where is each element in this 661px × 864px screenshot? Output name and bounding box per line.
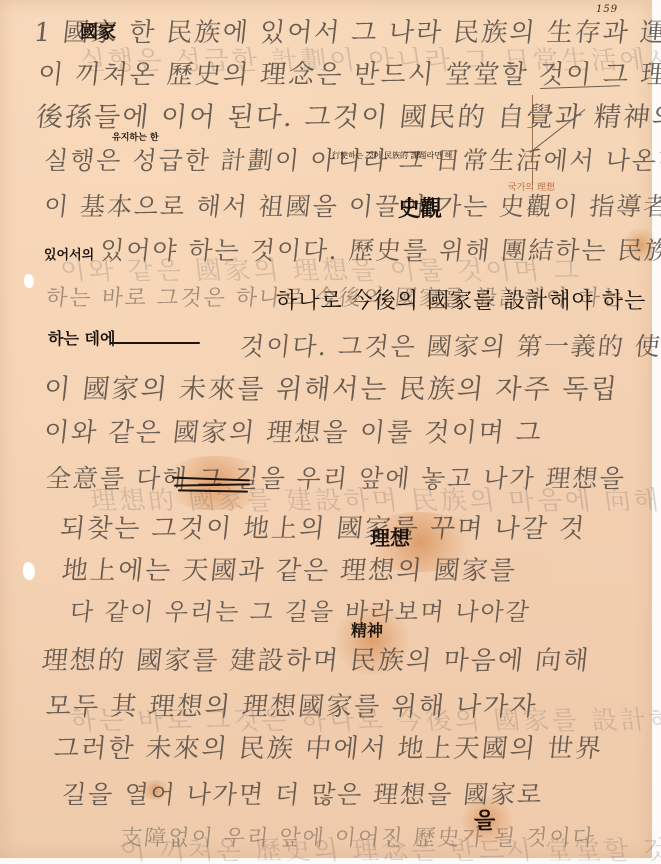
manuscript-line: 모두 其 理想의 理想國家를 위해 나가자: [0, 686, 652, 726]
ink-margin-note: 있어서의: [44, 244, 94, 263]
manuscript-line: 地上에는 天國과 같은 理想의 國家를: [0, 552, 652, 592]
line-text: 支障없이 우리 앞에 이어진 歷史가 될 것이다: [119, 828, 597, 850]
ink-interlinear-note: 유지하는 한: [112, 130, 159, 143]
line-text: 이와 같은 國家의 理想을 이룰 것이며 그: [43, 420, 545, 446]
ink-word-stained: 精神: [351, 618, 383, 641]
ink-word-stained: 理想: [370, 522, 410, 551]
line-text: 되찾는 그것이 地上의 國家를 꾸며 나갈 것: [59, 516, 588, 542]
line-text: 그러한 未來의 民族 中에서 地上天國의 世界: [53, 736, 605, 762]
line-text: 地上에는 天國과 같은 理想의 國家를: [61, 558, 519, 584]
manuscript-line: 理想的 國家를 建設하며 民族의 마음에 向해: [0, 640, 652, 680]
manuscript-line: 있어야 하는 것이다. 歷史를 위해 團結하는 民族 理想을: [0, 228, 652, 268]
line-text: 理想的 國家를 建設하며 民族의 마음에 向해: [41, 648, 592, 674]
ink-phrase: 하나로 今後의 國家를 設計해야 하는: [276, 284, 646, 315]
manuscript-line: 그러한 未來의 民族 中에서 地上天國의 世界: [0, 728, 652, 768]
red-pencil-mark: [532, 95, 533, 185]
ink-interlinear-note: 行使하는 것이 民族的 課題라면 해: [332, 150, 452, 161]
line-text: 이 基本으로 해서 祖國을 이끌어 가는 史觀이 指導者들이: [43, 194, 661, 219]
ink-word: 史觀: [398, 192, 442, 223]
manuscript-line: 全意를 다해 그 길을 우리 앞에 놓고 나가 理想을: [0, 456, 652, 496]
ink-margin-note: 하는 데에: [48, 326, 115, 349]
line-text: 後孫들에 이어 된다. 그것이 國民的 自覺과 精神의: [35, 104, 661, 131]
line-text: 1 國家 한 民族에 있어서 그 나라 民族의 生存과 運命을: [33, 20, 661, 46]
manuscript-line: 실행은 성급한 計劃이 아니라 그 日常生活에서 나온다: [0, 138, 652, 178]
line-text: 全意를 다해 그 길을 우리 앞에 놓고 나가 理想을: [45, 466, 627, 491]
line-text: 이 國家의 未來를 위해서는 民族의 자주 독립: [43, 376, 620, 403]
strike-through-line: [110, 342, 200, 344]
manuscript-line: 다 같이 우리는 그 길을 바라보며 나아갈: [0, 596, 652, 636]
line-text: 다 같이 우리는 그 길을 바라보며 나아갈: [69, 600, 532, 624]
manuscript-line: 길을 열어 나가면 더 많은 理想을 國家로: [0, 774, 652, 814]
line-text: 것이다. 그것은 國家의 第一義的 使命이 있는: [239, 334, 661, 359]
manuscript-line: 後孫들에 이어 된다. 그것이 國民的 自覺과 精神의: [0, 96, 652, 136]
line-text: 길을 열어 나가면 더 많은 理想을 國家로: [61, 782, 545, 807]
manuscript-line: 이 國家의 未來를 위해서는 民族의 자주 독립: [0, 366, 652, 406]
ink-char-stained: 을: [474, 804, 495, 835]
manuscript-line: 支障없이 우리 앞에 이어진 歷史가 될 것이다: [0, 820, 652, 860]
line-text: 있어야 하는 것이다. 歷史를 위해 團結하는 民族 理想을: [99, 238, 661, 263]
line-text: 이 끼쳐온 歷史의 理念은 반드시 堂堂할 것이 그 理想은: [37, 62, 661, 88]
manuscript-line: 이와 같은 國家의 理想을 이룰 것이며 그: [0, 412, 652, 452]
ink-insert-top: 國家: [80, 18, 116, 44]
manuscript-line: 되찾는 그것이 地上의 國家를 꾸며 나갈 것: [0, 508, 652, 548]
line-text: 모두 其 理想의 理想國家를 위해 나가자: [45, 694, 539, 720]
